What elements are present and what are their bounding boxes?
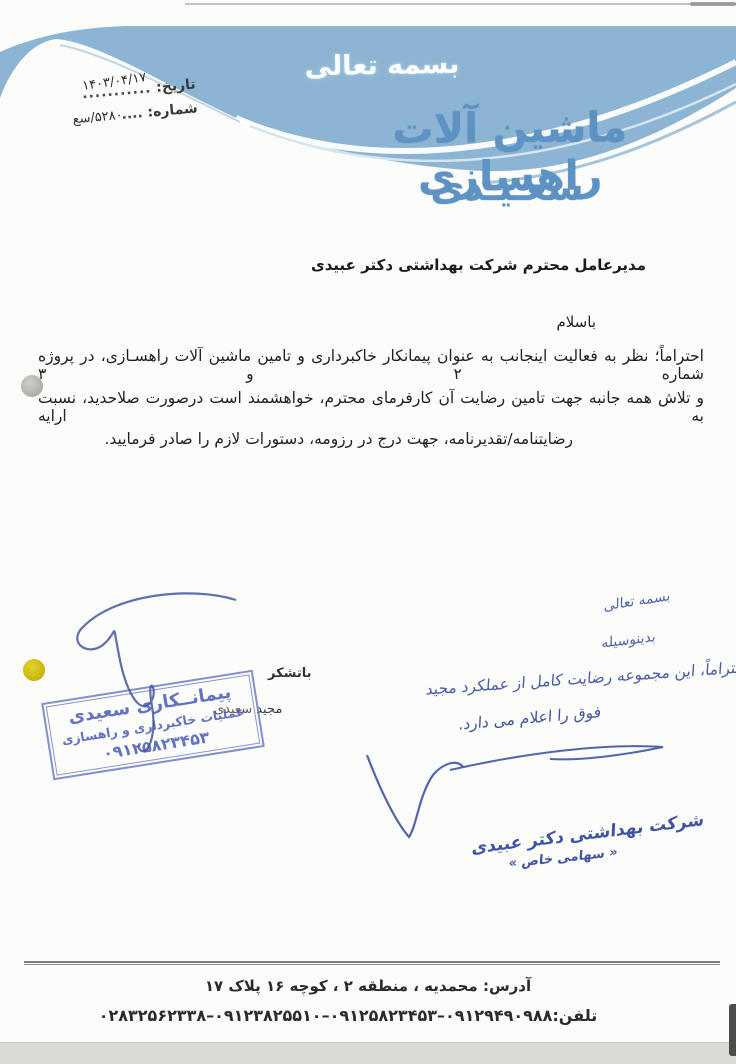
number-value: ۵۲۸۰/سع (72, 108, 123, 127)
recipient-line: مدیرعامل محترم شرکت بهداشتی دکتر عبیدی (311, 256, 646, 274)
body-line-3: رضایتنامه/تقدیرنامه، جهت درج در رزومه، د… (104, 430, 573, 448)
date-label: تاریخ: (155, 76, 196, 95)
hole-punch-gray (21, 375, 43, 397)
body-line-1: احتراماً؛ نظر به فعالیت اینجانب به عنوان… (38, 347, 704, 369)
scan-corner-smudge (690, 2, 736, 6)
footer-phones: تلفن:۰۹۱۲۹۴۹۰۹۸۸–۰۹۱۲۵۸۲۳۴۵۳–۰۹۱۲۳۸۲۵۵۱۰… (0, 1006, 696, 1025)
bismillah-text: بسمه تعالی (292, 48, 473, 82)
scan-edge-line (185, 3, 736, 5)
handwritten-line-3: فوق را اعلام می دارد. (458, 703, 602, 734)
handwritten-line-2: احتراماً، این مجموعه رضایت کامل از عملکر… (426, 658, 736, 699)
handwritten-top-note: بسمه تعالی (603, 588, 670, 615)
scanned-letter-page: بسمه تعالی ماشین آلات راهسازی سعـیـدی تا… (0, 0, 736, 1064)
closing-thanks: باتشکر (268, 666, 312, 681)
company-title-line2: سعـیـدی (392, 166, 622, 209)
footer-divider-rule (24, 961, 720, 965)
scan-edge-smudge (729, 1004, 736, 1056)
handwritten-line-1: بدینوسیله (602, 629, 657, 652)
scanner-background-band (0, 1042, 736, 1064)
footer-address: آدرس: محمدیه ، منطقه ۲ ، کوچه ۱۶ پلاک ۱۷ (0, 977, 736, 995)
body-line-2: و تلاش همه جانبه جهت تامین رضایت آن کارف… (38, 389, 704, 411)
stamp-inner-frame: پیمانــکاری سعیدی عملیات خاکبرداری و راه… (46, 674, 260, 775)
contractor-stamp: پیمانــکاری سعیدی عملیات خاکبرداری و راه… (41, 670, 265, 781)
salutation: باسلام (556, 313, 596, 331)
hole-punch-yellow (23, 659, 45, 681)
number-dots: .... (121, 105, 144, 123)
number-label: شماره: (147, 100, 199, 120)
